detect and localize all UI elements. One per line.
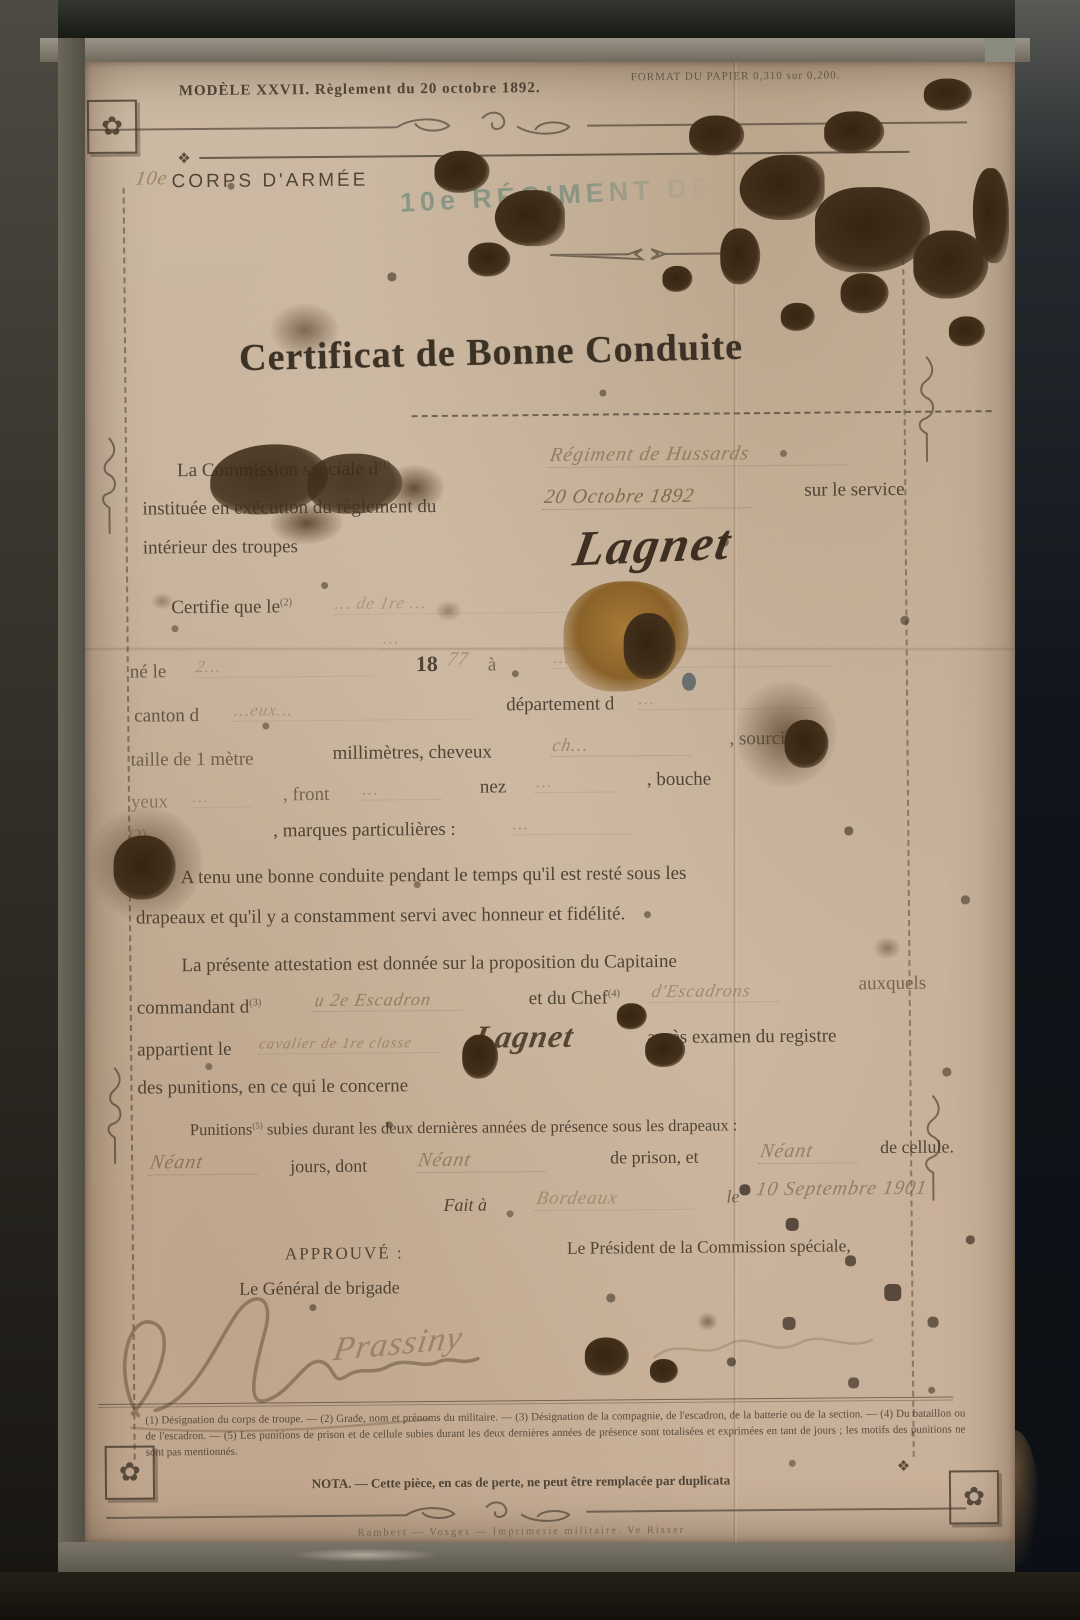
footnote-ref-5: (5) (252, 1120, 263, 1130)
birth-day-handwritten: 2… (194, 655, 378, 678)
bouche-printed: , bouche (647, 769, 712, 792)
marques-printed: , marques particulières : (273, 819, 456, 843)
nez-printed: nez (480, 776, 507, 798)
model-label: MODÈLE XXVII. Règlement du 20 octobre 18… (179, 80, 541, 100)
stain (495, 190, 565, 247)
ne-le-printed: né le (130, 661, 167, 683)
stain (270, 502, 342, 545)
punitions-printed: Punitions (190, 1120, 253, 1140)
punitions-rest: subies durant les deux dernières années … (267, 1115, 738, 1138)
stain (645, 1033, 685, 1067)
departement-printed: département d (506, 693, 614, 716)
nota-line: NOTA. — Cette pièce, en cas de perte, ne… (91, 1471, 951, 1495)
de-cellule-printed: de cellule. (880, 1136, 954, 1158)
stain (689, 115, 744, 155)
p3-auxquels: auxquels (859, 973, 927, 996)
stain (650, 1359, 678, 1383)
stain (617, 1003, 647, 1029)
president-signature-scribble (650, 1327, 900, 1369)
frame-top (0, 0, 1080, 38)
stain (739, 155, 825, 221)
approuve-label: APPROUVÉ : (285, 1243, 404, 1264)
le-printed: le (726, 1186, 739, 1207)
neant-cellule-handwritten: Néant (758, 1139, 862, 1164)
millimetres-printed: millimètres, cheveux (332, 742, 492, 765)
footnote-ref-3: (3) (249, 997, 261, 1008)
corps-darmee-label: CORPS D'ARMÉE (171, 170, 368, 194)
frame-bottom (0, 1572, 1080, 1620)
p1-printed-4: intérieur des troupes (143, 536, 298, 559)
frame-right (1015, 0, 1080, 1620)
stain (151, 593, 173, 609)
fait-place-handwritten: Bordeaux (535, 1187, 699, 1211)
appartient-handwritten: cavalier de 1re classe (258, 1035, 441, 1055)
foxing-specks (79, 66, 82, 69)
footnote-ref-2: (2) (280, 597, 292, 608)
regiment-handwritten: Régiment de Hussards (548, 441, 852, 468)
stain (949, 316, 985, 346)
neant-prison-handwritten: Néant (416, 1148, 550, 1173)
nez-handwritten: … (535, 771, 619, 793)
birth-year-handwritten: 77 (446, 649, 471, 671)
soldier-name-large: Lagnet (569, 513, 736, 578)
canton-handwritten: …eux… (232, 699, 476, 722)
stain (840, 273, 888, 313)
stain (585, 1337, 629, 1375)
frame-bevel-bottom (58, 1542, 1015, 1572)
footnotes-text: (1) Désignation du corps de troupe. — (2… (145, 1406, 965, 1461)
p1-printed-3: sur le service (804, 479, 904, 502)
footnote-ref-4: (4) (608, 988, 620, 999)
blue-speck (682, 673, 696, 691)
left-scroll-ornament (101, 1066, 128, 1166)
stain (462, 1034, 498, 1078)
front-handwritten: … (361, 779, 445, 801)
fait-a-printed: Fait à (443, 1195, 487, 1216)
canton-printed: canton d (134, 705, 199, 728)
taille-printed: taille de 1 mètre (131, 749, 254, 772)
cheveux-handwritten: ch… (551, 734, 695, 757)
stain (662, 266, 692, 292)
year-18-printed: 18 (416, 651, 438, 677)
framed-photo: { "colors": { "paper": "#c9b6a0", "print… (0, 0, 1080, 1620)
chef-handwritten: d'Escadrons (650, 980, 784, 1003)
front-printed: , front (283, 784, 330, 806)
format-label: FORMAT DU PAPIER 0,310 sur 0,200. (631, 69, 841, 83)
p3-line4: des punitions, en ce qui le concerne (137, 1075, 408, 1099)
president-label: Le Président de la Commission spéciale, (567, 1235, 851, 1258)
p3-chef: et du Chef (529, 988, 608, 1010)
frame-chip (290, 1548, 440, 1562)
stain (874, 937, 900, 959)
p3-commandant: commandant d (137, 997, 250, 1019)
stain (468, 242, 510, 276)
document-title: Certificat de Bonne Conduite (121, 322, 862, 383)
fait-date-handwritten: 10 Septembre 1901 (754, 1177, 929, 1202)
reglement-date-handwritten: 20 Octobre 1892 (542, 484, 756, 510)
printer-imprint: Rambert — Vosges — Imprimerie militaire.… (91, 1523, 951, 1542)
stain (824, 111, 884, 154)
p2-line1: A tenu une bonne conduite pendant le tem… (181, 863, 687, 889)
document-content: ✿ ✿ ✿ ❖ ❖ MODÈLE XXVII. Règlement du 20 … (79, 58, 1022, 1546)
yeux-handwritten: … (191, 787, 255, 809)
marques-handwritten: … (511, 813, 635, 835)
frame-left (0, 0, 58, 1620)
stain (435, 601, 461, 621)
p3-appartient: appartient le (137, 1039, 232, 1062)
escadron-handwritten: u 2e Escadron (313, 989, 467, 1012)
a-printed: à (488, 654, 497, 676)
document-paper: ✿ ✿ ✿ ❖ ❖ MODÈLE XXVII. Règlement du 20 … (85, 62, 1015, 1542)
jours-dont-printed: jours, dont (290, 1156, 367, 1178)
bottom-flourish-rule (106, 1496, 966, 1526)
corps-number-handwritten: 10e (134, 167, 170, 190)
stain (720, 228, 760, 284)
p3-line1: La présente attestation est donnée sur l… (181, 951, 677, 977)
border-diamond-top: ❖ (177, 149, 191, 168)
p2-line2: drapeaux et qu'il y a constamment servi … (136, 903, 626, 929)
de-prison-printed: de prison, et (610, 1147, 699, 1169)
neant-jours-handwritten: Néant (148, 1151, 262, 1176)
certifie-printed: Certifie que le (171, 596, 280, 618)
left-scroll-ornament (96, 436, 123, 536)
